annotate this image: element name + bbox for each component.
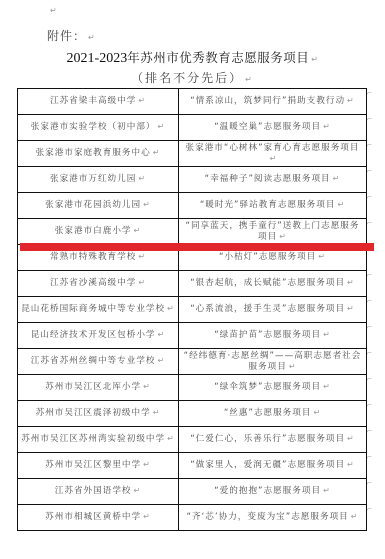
school-name: 张家港市实验学校（初中部） [31, 122, 156, 132]
table-row: 张家港市家庭教育服务中心↵张家港市“心树林”家育心育志愿服务项目↵ [18, 141, 367, 167]
school-name: 昆山经济技术开发区包桥小学 [31, 330, 156, 340]
row-end-mark: ⌐ [367, 454, 372, 461]
paragraph-mark: ↵ [50, 6, 57, 15]
table-row: 苏州市吴江区黎里中学↵“做家里人，爱润无疆”志愿服务项目↵ [18, 453, 367, 479]
project-name: “绿苗护苗”志愿服务项目 [214, 330, 321, 340]
paragraph-mark: ↵ [270, 154, 278, 163]
attachment-text: 附件： [47, 29, 86, 43]
project-cell: “齐‘芯’协力，变废为宝”志愿服务项目↵ [179, 505, 367, 531]
title-year: 2021-2023 [67, 51, 128, 66]
school-cell: 江苏省梁丰高级中学↵ [18, 89, 179, 115]
paragraph-mark: ↵ [245, 75, 254, 84]
project-cell: “同享蓝天，携手童行”送教上门志愿服务项目↵ [179, 219, 367, 245]
row-end-mark: ⌐ [367, 194, 372, 201]
paragraph-mark: ↵ [323, 382, 331, 391]
table-row: 张家港市花园浜幼儿园↵“暖时光”驿站教育志愿服务项目↵ [18, 193, 367, 219]
school-name: 张家港市万红幼儿园 [50, 174, 136, 184]
paragraph-mark: ↵ [158, 356, 166, 365]
table-row: 张家港市实验学校（初中部）↵“温暖空巢”志愿服务项目↵ [18, 115, 367, 141]
paragraph-mark: ↵ [347, 460, 355, 469]
school-cell: 张家港市实验学校（初中部）↵ [18, 115, 179, 141]
subtitle-text: （排名不分先后） [131, 71, 243, 85]
paragraph-mark: ↵ [143, 382, 151, 391]
project-cell: “经纬德育·志愿丝绸”——高职志愿者社会服务项目↵ [179, 349, 367, 375]
school-cell: 苏州市吴江区黎里中学↵ [18, 453, 179, 479]
school-cell: 昆山花桥国际商务城中等专业学校↵ [18, 297, 179, 323]
project-cell: 张家港市“心树林”家育心育志愿服务项目↵ [179, 141, 367, 167]
school-cell: 苏州市相城区黄桥中学↵ [18, 505, 179, 531]
project-cell: “暖时光”驿站教育志愿服务项目↵ [179, 193, 367, 219]
school-cell: 苏州市吴江区北厍小学↵ [18, 375, 179, 401]
row-end-mark: ⌐ [367, 428, 372, 435]
project-cell: “爱的抱抱”志愿服务项目↵ [179, 479, 367, 505]
paragraph-mark: ↵ [138, 278, 146, 287]
project-name: “暖时光”驿站教育志愿服务项目 [200, 200, 336, 210]
project-name: “情系凉山，筑梦同行”捐助支教行动 [190, 96, 345, 106]
school-name: 苏州市吴江区北厍小学 [45, 382, 141, 392]
row-end-mark: ⌐ [367, 142, 372, 149]
project-name: “同享蓝天，携手童行”送教上门志愿服务项目 [186, 221, 360, 242]
project-name: “爱的抱抱”志愿服务项目 [214, 486, 321, 496]
row-end-mark: ⌐ [367, 402, 372, 409]
school-name: 常熟市特殊教育学校 [50, 252, 136, 262]
paragraph-mark: ↵ [153, 148, 161, 157]
document-subtitle: （排名不分先后）↵ [0, 69, 385, 86]
row-end-mark: ⌐ [367, 90, 372, 97]
school-cell: 张家港市万红幼儿园↵ [18, 167, 179, 193]
table-body: 江苏省梁丰高级中学↵“情系凉山，筑梦同行”捐助支教行动↵张家港市实验学校（初中部… [18, 89, 367, 531]
paragraph-mark: ↵ [88, 33, 96, 42]
table-row: 江苏省梁丰高级中学↵“情系凉山，筑梦同行”捐助支教行动↵ [18, 89, 367, 115]
paragraph-mark: ↵ [143, 512, 151, 521]
projects-table: 江苏省梁丰高级中学↵“情系凉山，筑梦同行”捐助支教行动↵张家港市实验学校（初中部… [17, 88, 367, 531]
table-row: 苏州市吴江区苏州湾实验初级中学↵“仁爱仁心，乐善乐行”志愿服务项目↵ [18, 427, 367, 453]
school-name: 江苏省苏州丝绸中等专业学校 [31, 356, 156, 366]
school-name: 苏州市相城区黄桥中学 [45, 512, 141, 522]
project-cell: “情系凉山，筑梦同行”捐助支教行动↵ [179, 89, 367, 115]
table-row: 江苏省苏州丝绸中等专业学校↵“经纬德育·志愿丝绸”——高职志愿者社会服务项目↵ [18, 349, 367, 375]
school-cell: 张家港市白鹿小学↵ [18, 219, 179, 245]
school-cell: 张家港市花园浜幼儿园↵ [18, 193, 179, 219]
table-row: 江苏省沙溪高级中学↵“银杏起航，成长赋能”志愿服务项目↵ [18, 271, 367, 297]
paragraph-mark: ↵ [138, 174, 146, 183]
document-title: 2021-2023年苏州市优秀教育志愿服务项目↵ [0, 48, 385, 67]
paragraph-mark: ↵ [337, 200, 345, 209]
paragraph-mark: ↵ [311, 55, 318, 64]
school-name: 张家港市花园浜幼儿园 [45, 200, 141, 210]
table-row: 苏州市吴江区北厍小学↵“绿伞筑梦”志愿服务项目↵ [18, 375, 367, 401]
project-name: “丝惠”志愿服务项目 [224, 408, 312, 418]
row-end-mark: ⌐ [367, 116, 372, 123]
project-cell: “心系流浪，援手生灵”志愿服务项目↵ [179, 297, 367, 323]
paragraph-mark: ↵ [323, 330, 331, 339]
project-cell: “仁爱仁心，乐善乐行”志愿服务项目↵ [179, 427, 367, 453]
project-cell: “丝惠”志愿服务项目↵ [179, 401, 367, 427]
school-name: 张家港市白鹿小学 [55, 226, 132, 236]
paragraph-mark: ↵ [167, 434, 175, 443]
project-name: “齐‘芯’协力，变废为宝”志愿服务项目 [187, 512, 349, 522]
row-end-mark: ⌐ [367, 480, 372, 487]
title-text: 年苏州市优秀教育志愿服务项目 [127, 50, 309, 65]
school-name: 昆山花桥国际商务城中等专业学校 [21, 304, 165, 314]
paragraph-mark: ↵ [323, 486, 331, 495]
paragraph-mark: ↵ [143, 200, 151, 209]
school-name: 苏州市吴江区震泽初级中学 [36, 408, 151, 418]
paragraph-mark: ↵ [318, 252, 326, 261]
school-name: 江苏省沙溪高级中学 [50, 278, 136, 288]
row-end-mark: ⌐ [367, 324, 372, 331]
table-row: 昆山花桥国际商务城中等专业学校↵“心系流浪，援手生灵”志愿服务项目↵ [18, 297, 367, 323]
project-cell: “做家里人，爱润无疆”志愿服务项目↵ [179, 453, 367, 479]
school-cell: 江苏省苏州丝绸中等专业学校↵ [18, 349, 179, 375]
project-name: “经纬德育·志愿丝绸”——高职志愿者社会服务项目 [184, 351, 362, 372]
paragraph-mark: ↵ [289, 362, 297, 371]
school-cell: 张家港市家庭教育服务中心↵ [18, 141, 179, 167]
school-cell: 苏州市吴江区苏州湾实验初级中学↵ [18, 427, 179, 453]
project-cell: “绿伞筑梦”志愿服务项目↵ [179, 375, 367, 401]
red-highlight-bar [20, 243, 374, 251]
project-name: “绿伞筑梦”志愿服务项目 [214, 382, 321, 392]
paragraph-mark: ↵ [347, 278, 355, 287]
attachment-label: 附件：↵ [47, 27, 96, 44]
table-row: 苏州市相城区黄桥中学↵“齐‘芯’协力，变废为宝”志愿服务项目↵ [18, 505, 367, 531]
project-name: “仁爱仁心，乐善乐行”志愿服务项目 [190, 434, 345, 444]
project-name: “小桔灯”志愿服务项目 [219, 252, 316, 262]
project-name: “心系流浪，援手生灵”志愿服务项目 [190, 304, 345, 314]
school-cell: 昆山经济技术开发区包桥小学↵ [18, 323, 179, 349]
paragraph-mark: ↵ [347, 434, 355, 443]
school-name: 苏州市吴江区苏州湾实验初级中学 [21, 434, 165, 444]
school-name: 苏州市吴江区黎里中学 [45, 460, 141, 470]
school-cell: 江苏省沙溪高级中学↵ [18, 271, 179, 297]
row-end-mark: ⌐ [367, 376, 372, 383]
paragraph-mark: ↵ [313, 408, 321, 417]
paragraph-mark: ↵ [333, 174, 341, 183]
project-cell: “银杏起航，成长赋能”志愿服务项目↵ [179, 271, 367, 297]
row-end-mark: ⌐ [367, 168, 372, 175]
paragraph-mark: ↵ [347, 304, 355, 313]
project-cell: “绿苗护苗”志愿服务项目↵ [179, 323, 367, 349]
project-name: “做家里人，爱润无疆”志愿服务项目 [190, 460, 345, 470]
table-row: 江苏省外国语学校↵“爱的抱抱”志愿服务项目↵ [18, 479, 367, 505]
school-cell: 苏州市吴江区震泽初级中学↵ [18, 401, 179, 427]
paragraph-mark: ↵ [134, 226, 142, 235]
row-end-mark: ⌐ [367, 350, 372, 357]
project-cell: “幸福种子”阅读志愿服务项目↵ [179, 167, 367, 193]
project-cell: “温暖空巢”志愿服务项目↵ [179, 115, 367, 141]
row-end-mark: ⌐ [367, 506, 372, 513]
project-name: “幸福种子”阅读志愿服务项目 [205, 174, 331, 184]
paragraph-mark: ↵ [279, 232, 287, 241]
table-row: 昆山经济技术开发区包桥小学↵“绿苗护苗”志愿服务项目↵ [18, 323, 367, 349]
school-cell: 江苏省外国语学校↵ [18, 479, 179, 505]
table-row: 苏州市吴江区震泽初级中学↵“丝惠”志愿服务项目↵ [18, 401, 367, 427]
paragraph-mark: ↵ [153, 408, 161, 417]
paragraph-mark: ↵ [347, 96, 355, 105]
row-end-mark: ⌐ [367, 220, 372, 227]
paragraph-mark: ↵ [351, 512, 359, 521]
school-name: 江苏省梁丰高级中学 [50, 96, 136, 106]
school-name: 张家港市家庭教育服务中心 [36, 148, 151, 158]
table-row: 张家港市万红幼儿园↵“幸福种子”阅读志愿服务项目↵ [18, 167, 367, 193]
paragraph-mark: ↵ [158, 122, 166, 131]
project-name: 张家港市“心树林”家育心育志愿服务项目 [186, 143, 360, 153]
paragraph-mark: ↵ [138, 252, 146, 261]
paragraph-mark: ↵ [323, 122, 331, 131]
row-end-mark: ⌐ [367, 298, 372, 305]
project-name: “银杏起航，成长赋能”志愿服务项目 [190, 278, 345, 288]
paragraph-mark: ↵ [138, 96, 146, 105]
paragraph-mark: ↵ [167, 304, 175, 313]
paragraph-mark: ↵ [143, 460, 151, 469]
school-name: 江苏省外国语学校 [55, 486, 132, 496]
paragraph-mark: ↵ [134, 486, 142, 495]
project-name: “温暖空巢”志愿服务项目 [214, 122, 321, 132]
table-row: 张家港市白鹿小学↵“同享蓝天，携手童行”送教上门志愿服务项目↵ [18, 219, 367, 245]
paragraph-mark: ↵ [158, 330, 166, 339]
row-end-mark: ⌐ [367, 272, 372, 279]
